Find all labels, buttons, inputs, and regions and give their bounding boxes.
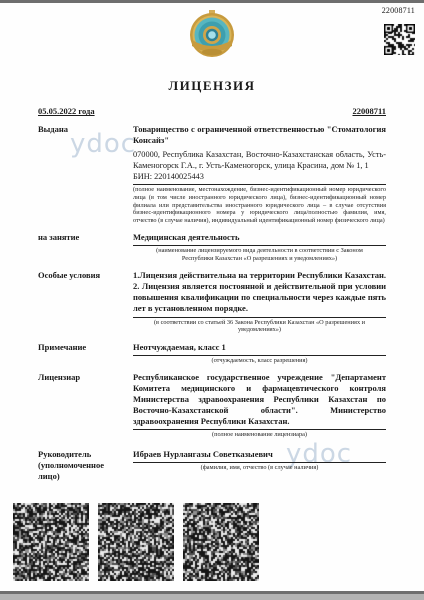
field-caption: (отчуждаемость, класс разрешения): [133, 355, 386, 365]
licensor-value: Республиканское государственное учрежден…: [133, 372, 386, 427]
field-label: Особые условия: [38, 270, 133, 333]
qr-code-icon: [384, 24, 415, 60]
licensee-bin: БИН: 220140025443: [133, 172, 386, 183]
field-caption: (наименование лицензируемого вида деятел…: [133, 245, 386, 262]
head-label-line2: (уполномоченное лицо): [38, 460, 127, 482]
stamp-qr-1-icon: [13, 503, 89, 581]
field-caption: (фамилия, имя, отчество (в случае наличи…: [133, 462, 386, 472]
stamp-qr-2-icon: [98, 503, 174, 581]
field-activity: на занятие Медицинская деятельность (наи…: [38, 232, 386, 262]
field-label: на занятие: [38, 232, 133, 262]
licensee-name: Товарищество с ограниченной ответственно…: [133, 124, 386, 146]
license-number: 22008711: [352, 106, 386, 116]
field-label: Руководитель (уполномоченное лицо): [38, 449, 133, 482]
field-label: Лицензиар: [38, 372, 133, 439]
document-number-top: 22008711: [382, 6, 415, 15]
field-licensor: Лицензиар Республиканское государственно…: [38, 372, 386, 439]
field-issued-to: Выдана Товарищество с ограниченной ответ…: [38, 124, 386, 224]
special-conditions-value: 1.Лицензия действительна на территории Р…: [133, 270, 386, 314]
field-label: Примечание: [38, 342, 133, 365]
field-caption: (полное наименование лицензиара): [133, 429, 386, 439]
field-caption: (в соответствии со статьей 36 Закона Рес…: [133, 317, 386, 334]
licensee-address: 070000, Республика Казахстан, Восточно-К…: [133, 150, 386, 172]
activity-value: Медицинская деятельность: [133, 232, 386, 243]
head-name: Ибраев Нурлангазы Советказыевич: [133, 449, 386, 460]
field-special-conditions: Особые условия 1.Лицензия действительна …: [38, 270, 386, 333]
stamp-qr-3-icon: [183, 503, 259, 581]
issue-date: 05.05.2022 года: [38, 106, 95, 116]
signature-stamps: [13, 503, 259, 581]
kazakhstan-emblem-icon: [188, 10, 236, 65]
head-label-line1: Руководитель: [38, 449, 127, 460]
license-document: ydoc ydoc 22008711: [0, 3, 424, 591]
document-title: ЛИЦЕНЗИЯ: [38, 78, 386, 94]
field-head: Руководитель (уполномоченное лицо) Ибрае…: [38, 449, 386, 482]
field-label: Выдана: [38, 124, 133, 224]
note-value: Неотчуждаемая, класс 1: [133, 342, 386, 353]
field-note: Примечание Неотчуждаемая, класс 1 (отчуж…: [38, 342, 386, 365]
field-caption: (полное наименование, местонахождение, б…: [133, 184, 386, 224]
